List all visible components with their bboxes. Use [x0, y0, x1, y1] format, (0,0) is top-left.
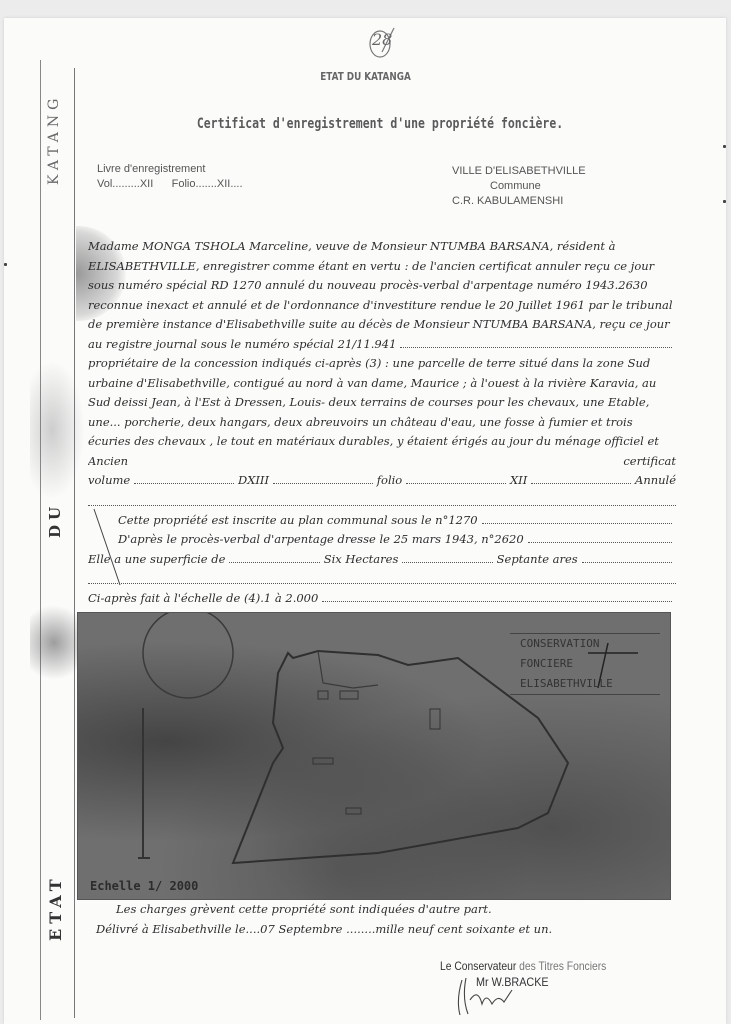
document-state-heading: ETAT DU KATANGA: [73, 70, 658, 83]
body-line: une... porcherie, deux hangars, deux abr…: [88, 413, 676, 433]
body-line: Sud deissi Jean, à l'Est à Dressen, Loui…: [88, 393, 676, 413]
handwritten-page-number: 28: [360, 22, 410, 62]
registry-reference: Livre d'enregistrement Vol.........XII F…: [97, 162, 243, 192]
survey-line: D'après le procès-verbal d'arpentage dre…: [88, 530, 676, 550]
ancien-status: Annulé: [635, 471, 676, 491]
ancien-certificat-line: Ancien certificat: [88, 452, 676, 472]
area-ares: Septante ares: [497, 550, 578, 570]
margin-band-border-left: [40, 60, 41, 1020]
scan-speck: [723, 145, 726, 148]
body-line: au registre journal sous le numéro spéci…: [88, 335, 676, 355]
communal-plan-line: Cette propriété est inscrite au plan com…: [88, 511, 676, 531]
registry-volume-folio: Vol.........XII Folio.......XII....: [97, 177, 243, 192]
scan-speck: [4, 263, 7, 266]
registry-label: Livre d'enregistrement: [97, 162, 243, 177]
registry-volume-value: XII: [140, 178, 153, 190]
margin-band-du: DU: [46, 500, 70, 540]
pencil-stroke-mark: [90, 505, 130, 595]
location-reference: VILLE D'ELISABETHVILLE Commune C.R. KABU…: [452, 164, 592, 209]
body-line: urbaine d'Elisabethville, contigué au no…: [88, 374, 676, 394]
margin-band-border-right: [74, 68, 75, 1018]
conservation-stamp: CONSERVATION FONCIERE ELISABETHVILLE: [510, 633, 660, 695]
delivery-line: Délivré à Elisabethville le....07 Septem…: [96, 920, 676, 940]
ancien-volume-folio-line: volume DXIII folio XII Annulé: [88, 471, 676, 491]
commune-name: C.R. KABULAMENSHI: [452, 194, 592, 209]
body-line: Madame MONGA TSHOLA Marceline, veuve de …: [88, 237, 676, 257]
ancien-folio-value: XII: [510, 471, 527, 491]
handwritten-signature: [452, 970, 522, 1020]
body-line: écuries des chevaux , le tout en matéria…: [88, 432, 676, 452]
body-line: de première instance d'Elisabethville su…: [88, 315, 676, 335]
margin-band-katanga: KATANG: [46, 74, 70, 204]
body-line: ELISABETHVILLE, enregistrer comme étant …: [88, 257, 676, 277]
body-line: reconnue inexact et annulé et de l'ordon…: [88, 296, 676, 316]
blank-dotted-line: [88, 491, 676, 506]
ancien-volume-value: DXIII: [238, 471, 269, 491]
charges-note: Les charges grèvent cette propriété sont…: [116, 900, 676, 920]
parcel-survey-plan: CONSERVATION FONCIERE ELISABETHVILLE Ech…: [77, 612, 671, 900]
plan-scale-caption: Echelle 1/ 2000: [90, 879, 198, 893]
certificate-body: Madame MONGA TSHOLA Marceline, veuve de …: [88, 237, 676, 609]
blank-dotted-line: [88, 569, 676, 584]
margin-band-etat: ETAT: [46, 868, 70, 948]
scale-line: Ci-après fait à l'échelle de (4).1 à 2.0…: [88, 589, 676, 609]
area-line: Elle a une superficie de Six Hectares Se…: [88, 550, 676, 570]
scan-smudge: [30, 360, 85, 500]
body-line: sous numéro spécial RD 1270 annulé du no…: [88, 276, 676, 296]
area-hectares: Six Hectares: [324, 550, 399, 570]
document-title: Certificat d'enregistrement d'une propri…: [68, 116, 691, 132]
commune-label: Commune: [452, 179, 592, 194]
scan-speck: [723, 200, 726, 203]
registry-folio-value: XII: [217, 178, 230, 190]
city-name: VILLE D'ELISABETHVILLE: [452, 164, 592, 179]
body-line: propriétaire de la concession indiqués c…: [88, 354, 676, 374]
certificate-footer: Les charges grèvent cette propriété sont…: [116, 900, 676, 939]
delivery-date: 07 Septembre: [260, 922, 342, 936]
